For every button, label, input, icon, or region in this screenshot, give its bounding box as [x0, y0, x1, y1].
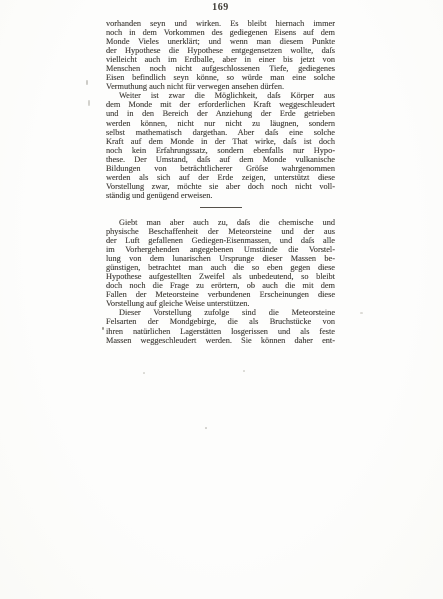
- text-line: Menschen noch nicht aufgeschlossenen Tie…: [106, 64, 335, 73]
- text-line: Vorstellung auf gleiche Weise unterstütz…: [106, 299, 335, 308]
- text-line: Vermuthung auch nicht für verwegen anseh…: [106, 82, 335, 91]
- text-line: günstigen, betrachtet man auch die so eb…: [106, 263, 335, 272]
- text-line: Felsarten der Mondgebirge, die als Bruch…: [106, 317, 335, 326]
- text-line: these. Der Umstand, daſs auf dem Monde v…: [106, 155, 335, 164]
- text-line: Hypothese aufgestellten Zweifel als unbe…: [106, 272, 335, 281]
- text-line: werden als sich auf der Erde zeigen, unt…: [106, 173, 335, 182]
- text-line: werden können, nicht nur nicht zu läugne…: [106, 119, 335, 128]
- scan-artifact: [360, 312, 363, 314]
- book-page: 169 vorhanden seyn und wirken. Es bleibt…: [0, 0, 443, 599]
- text-line: doch noch die Frage zu erörtern, ob auch…: [106, 281, 335, 290]
- text-line: Massen weggeschleudert werden. Sie könne…: [106, 336, 335, 345]
- text-line: Kraft auf dem Monde in der That wirke, d…: [106, 137, 335, 146]
- scan-artifact: [86, 80, 88, 85]
- text-line: Giebt man aber auch zu, daſs die chemisc…: [106, 218, 335, 227]
- text-line: physische Beschaffenheit der Meteorstein…: [106, 227, 335, 236]
- text-line: selbst mathematisch dargethan. Aber daſs…: [106, 128, 335, 137]
- text-line: Weiter ist zwar die Möglichkeit, daſs Kö…: [106, 91, 335, 100]
- scan-artifact: [88, 100, 90, 106]
- scan-artifact: [102, 327, 104, 330]
- text-line: Bildungen von beträchtlicherer Gröſse wa…: [106, 164, 335, 173]
- scan-artifact: [205, 427, 207, 429]
- text-line: ständig und genügend erweisen.: [106, 191, 335, 200]
- text-line: und in den Bereich der Anziehung der Erd…: [106, 109, 335, 118]
- text-line: noch kein Erfahrungssatz, sondern ebenfa…: [106, 146, 335, 155]
- text-line: dem Monde mit der erforderlichen Kraft w…: [106, 100, 335, 109]
- text-line: Vorstellung zwar, möchte sie aber doch n…: [106, 182, 335, 191]
- text-line: ihren natürlichen Lagerstätten losgeriss…: [106, 327, 335, 336]
- text-line: im Vorhergehenden angegebenen Umstände d…: [106, 245, 335, 254]
- text-line: der Luft gefallenen Gediegen-Eisenmassen…: [106, 236, 335, 245]
- text-line: der Hypothese die Hypothese entgegensetz…: [106, 46, 335, 55]
- text-line: Eisen befindlich seyn könne, so würde ma…: [106, 73, 335, 82]
- page-number: 169: [106, 2, 335, 13]
- text-line: Monde Vieles unerklärt; und wenn man die…: [106, 37, 335, 46]
- text-line: lung von dem lunarischen Ursprunge diese…: [106, 254, 335, 263]
- text-line: vorhanden seyn und wirken. Es bleibt hie…: [106, 19, 335, 28]
- scan-artifact: [143, 372, 145, 374]
- scan-artifact: [243, 370, 245, 372]
- text-line: Fallen der Meteorsteine verbundenen Ersc…: [106, 290, 335, 299]
- text-line: vielleicht auch im Erdballe, aber in ein…: [106, 55, 335, 64]
- section-divider: [200, 207, 242, 208]
- text-block: vorhanden seyn und wirken. Es bleibt hie…: [106, 19, 335, 345]
- text-line: Dieser Vorstellung zufolge sind die Mete…: [106, 308, 335, 317]
- text-line: noch in dem Vorkommen des gediegenen Eis…: [106, 28, 335, 37]
